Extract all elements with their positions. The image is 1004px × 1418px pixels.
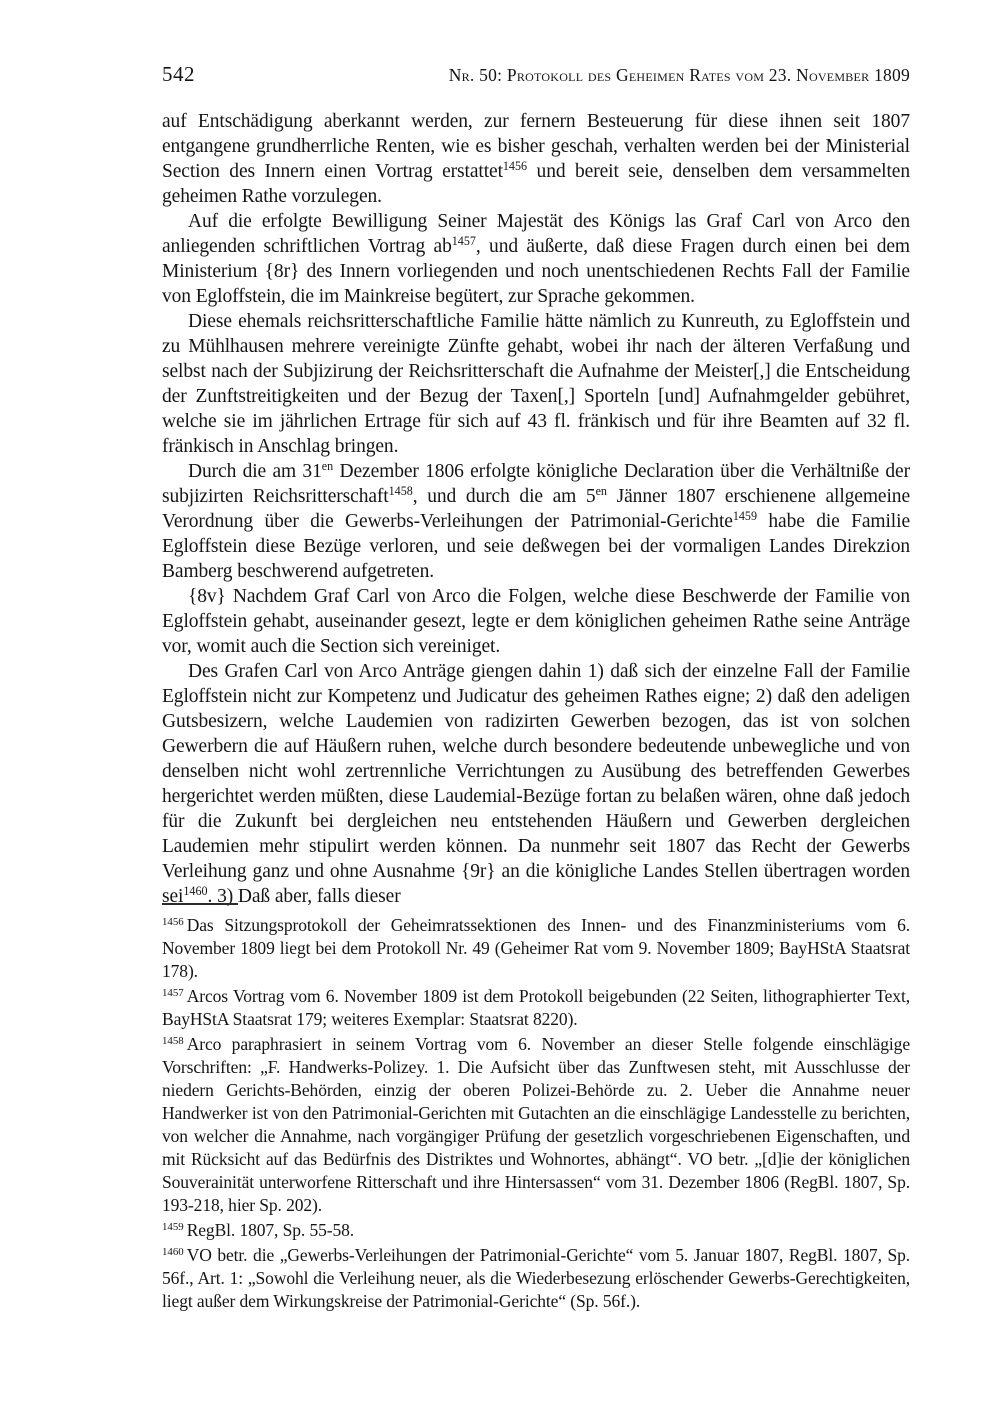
ordinal-superscript: en: [596, 484, 607, 498]
footnote: 1460VO betr. die „Gewerbs-Verleihungen d…: [162, 1244, 910, 1313]
footnote: 1458Arco paraphrasiert in seinem Vortrag…: [162, 1033, 910, 1217]
protocol-body: auf Entschädigung aberkannt werden, zur …: [162, 109, 910, 909]
footnote-number: 1459: [162, 1221, 184, 1233]
body-paragraph: Durch die am 31en Dezember 1806 erfolgte…: [162, 459, 910, 584]
book-page: 542 Nr. 50: Protokoll des Geheimen Rates…: [0, 0, 1004, 1418]
body-paragraph: Des Grafen Carl von Arco Anträge giengen…: [162, 659, 910, 909]
ordinal-superscript: en: [322, 459, 333, 473]
footnote-number: 1456: [162, 916, 184, 928]
footnote-ref: 1458: [389, 484, 413, 498]
footnote: 1459RegBl. 1807, Sp. 55-58.: [162, 1219, 910, 1242]
footnotes: 1456Das Sitzungsprotokoll der Geheimrats…: [162, 914, 910, 1315]
body-paragraph: {8v} Nachdem Graf Carl von Arco die Folg…: [162, 584, 910, 659]
footnote: 1456Das Sitzungsprotokoll der Geheimrats…: [162, 914, 910, 983]
body-paragraph: Auf die erfolgte Bewilligung Seiner Maje…: [162, 209, 910, 309]
footnote-separator: [162, 903, 238, 905]
footnote: 1457Arcos Vortrag vom 6. November 1809 i…: [162, 985, 910, 1031]
footnote-ref: 1459: [733, 509, 757, 523]
footnote-ref: 1457: [452, 234, 476, 248]
footnote-ref: 1460: [183, 884, 207, 898]
footnote-ref: 1456: [503, 159, 527, 173]
footnote-number: 1460: [162, 1246, 184, 1258]
running-head: 542 Nr. 50: Protokoll des Geheimen Rates…: [162, 62, 910, 87]
body-paragraph: auf Entschädigung aberkannt werden, zur …: [162, 109, 910, 209]
page-number: 542: [162, 62, 195, 87]
running-title: Nr. 50: Protokoll des Geheimen Rates vom…: [449, 65, 910, 86]
footnote-number: 1458: [162, 1035, 184, 1047]
body-paragraph: Diese ehemals reichsritterschaftliche Fa…: [162, 309, 910, 459]
footnote-number: 1457: [162, 987, 184, 999]
